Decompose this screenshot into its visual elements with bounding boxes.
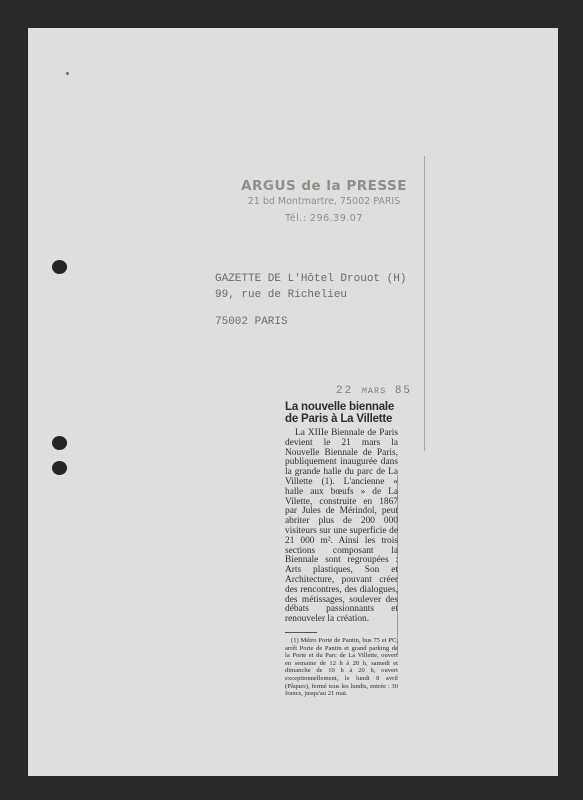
article-body: La XIIIe Biennale de Paris devient le 21… <box>285 429 398 625</box>
article-footnote: (1) Métro Porte de Pantin, bus 75 et PC,… <box>285 637 398 698</box>
article-title: La nouvelle biennale de Paris à La Ville… <box>285 401 398 425</box>
agency-address: 21 bd Montmartre, 75002 PARIS <box>224 196 424 207</box>
date-day: 22 <box>336 385 353 397</box>
agency-phone: Tél.: 296.39.07 <box>224 213 424 224</box>
recipient-line-3: 75002 PARIS <box>215 314 406 330</box>
punch-hole <box>52 260 67 274</box>
article-title-line-2: de Paris à La Villette <box>285 413 392 425</box>
agency-name: ARGUS de la PRESSE <box>224 178 424 194</box>
fold-line <box>424 156 425 451</box>
document-page: ARGUS de la PRESSE 21 bd Montmartre, 750… <box>28 28 558 776</box>
date-stamp: 22 MARS 85 <box>336 385 412 397</box>
recipient-line-2: 99, rue de Richelieu <box>215 287 406 303</box>
recipient-line-1: GAZETTE DE L'Hôtel Drouot (H) <box>215 271 406 287</box>
punch-hole <box>52 461 67 475</box>
paper-speck <box>66 72 69 75</box>
punch-hole <box>52 436 67 450</box>
footnote-separator <box>285 632 317 633</box>
date-year: 85 <box>395 385 412 397</box>
press-agency-stamp: ARGUS de la PRESSE 21 bd Montmartre, 750… <box>224 178 424 224</box>
article-title-line-1: La nouvelle biennale <box>285 401 394 413</box>
date-month: MARS <box>362 386 386 396</box>
newspaper-clipping: La nouvelle biennale de Paris à La Ville… <box>285 401 398 698</box>
recipient-address: GAZETTE DE L'Hôtel Drouot (H) 99, rue de… <box>215 271 406 330</box>
